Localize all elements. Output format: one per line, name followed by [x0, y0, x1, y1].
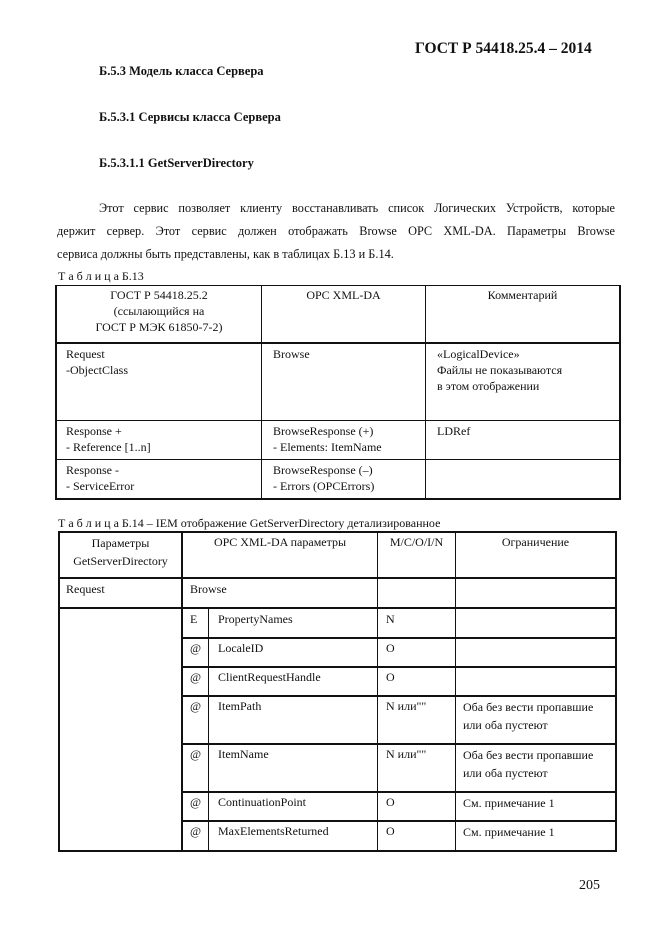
- heading-server-class-model: Б.5.3 Модель класса Сервера: [99, 64, 264, 79]
- table14-header-opc-params: OPC XML-DA параметры: [183, 534, 377, 550]
- paragraph-line-2: держит сервер. Этот сервис должен отобра…: [57, 224, 615, 239]
- table-border: [181, 791, 617, 793]
- table14-row-name: PropertyNames: [218, 611, 293, 627]
- table14-row-constraint: Оба без вести пропавшие или оба пустеют: [463, 698, 593, 734]
- table-border: [181, 743, 617, 745]
- table13-cell: BrowseResponse (–) - Errors (OPCErrors): [273, 462, 374, 494]
- table-border: [181, 666, 617, 668]
- table14-header-params: Параметры GetServerDirectory: [60, 534, 181, 570]
- table-border: [55, 342, 621, 344]
- table14-request-opc: Browse: [190, 581, 227, 597]
- table13-caption: Т а б л и ц а Б.13: [58, 269, 144, 284]
- table14-header-constraint: Ограничение: [456, 534, 615, 550]
- table-border: [55, 498, 621, 500]
- table13-header-comment: Комментарий: [426, 287, 619, 303]
- table-border: [58, 850, 617, 852]
- table14-request-param: Request: [66, 581, 105, 597]
- table14-row-name: ItemPath: [218, 698, 261, 714]
- table14-row-prefix: @: [190, 698, 201, 714]
- table13-cell: Request -ObjectClass: [66, 346, 128, 378]
- table13-header-opc: OPC XML-DA: [262, 287, 425, 303]
- table14-header-mcoin: M/C/O/I/N: [378, 534, 455, 550]
- table-border: [425, 285, 426, 499]
- table13-cell: Browse: [273, 346, 310, 362]
- table14-row-mcoin: O: [386, 823, 395, 839]
- table-border: [58, 577, 617, 579]
- table-border: [455, 531, 456, 851]
- table-border: [261, 285, 262, 499]
- table13-header-gost: ГОСТ Р 54418.25.2 (ссылающийся на ГОСТ Р…: [57, 287, 261, 335]
- table14-row-name: ItemName: [218, 746, 269, 762]
- table14-row-name: LocaleID: [218, 640, 263, 656]
- table-border: [181, 531, 183, 851]
- table-border: [58, 531, 60, 852]
- table14-row-name: ContinuationPoint: [218, 794, 306, 810]
- table14-row-mcoin: O: [386, 669, 395, 685]
- heading-server-class-services: Б.5.3.1 Сервисы класса Сервера: [99, 110, 281, 125]
- table-border: [181, 820, 617, 822]
- table-border: [55, 420, 621, 421]
- table13-cell: Response + - Reference [1..n]: [66, 423, 151, 455]
- table14-row-prefix: E: [190, 611, 197, 627]
- table-border: [58, 607, 617, 609]
- table-border: [615, 531, 617, 852]
- table-border: [619, 285, 621, 500]
- table14-row-mcoin: O: [386, 794, 395, 810]
- table14-row-prefix: @: [190, 823, 201, 839]
- paragraph-line-3: сервиса должны быть представлены, как в …: [57, 247, 394, 262]
- table14-row-mcoin: N: [386, 611, 395, 627]
- page-number: 205: [579, 878, 600, 894]
- table13-cell: Response - - ServiceError: [66, 462, 134, 494]
- table14-row-mcoin: N или"": [386, 698, 426, 714]
- table14-row-constraint: Оба без вести пропавшие или оба пустеют: [463, 746, 593, 782]
- table13-cell: BrowseResponse (+) - Elements: ItemName: [273, 423, 382, 455]
- table-border: [208, 608, 209, 851]
- table14-row-constraint: См. примечание 1: [463, 794, 555, 812]
- table14-row-mcoin: O: [386, 640, 395, 656]
- table14-row-name: ClientRequestHandle: [218, 669, 321, 685]
- table14-row-prefix: @: [190, 746, 201, 762]
- table14-row-prefix: @: [190, 669, 201, 685]
- table-border: [181, 695, 617, 697]
- table14-row-prefix: @: [190, 794, 201, 810]
- heading-getserverdirectory: Б.5.3.1.1 GetServerDirectory: [99, 156, 254, 171]
- table14-row-prefix: @: [190, 640, 201, 656]
- table-border: [55, 285, 621, 286]
- table13-cell: «LogicalDevice» Файлы не показываются в …: [437, 346, 562, 394]
- paragraph-line-1: Этот сервис позволяет клиенту восстанавл…: [99, 201, 615, 216]
- table14-row-name: MaxElementsReturned: [218, 823, 329, 839]
- table-border: [181, 637, 617, 639]
- standard-header: ГОСТ Р 54418.25.4 – 2014: [415, 40, 592, 58]
- table-border: [55, 459, 621, 460]
- table14-row-constraint: См. примечание 1: [463, 823, 555, 841]
- table-border: [377, 531, 378, 851]
- table14-caption: Т а б л и ц а Б.14 – IEM отображение Get…: [58, 516, 440, 531]
- table13-cell: LDRef: [437, 423, 470, 439]
- table14-row-mcoin: N или"": [386, 746, 426, 762]
- table-border: [58, 531, 617, 533]
